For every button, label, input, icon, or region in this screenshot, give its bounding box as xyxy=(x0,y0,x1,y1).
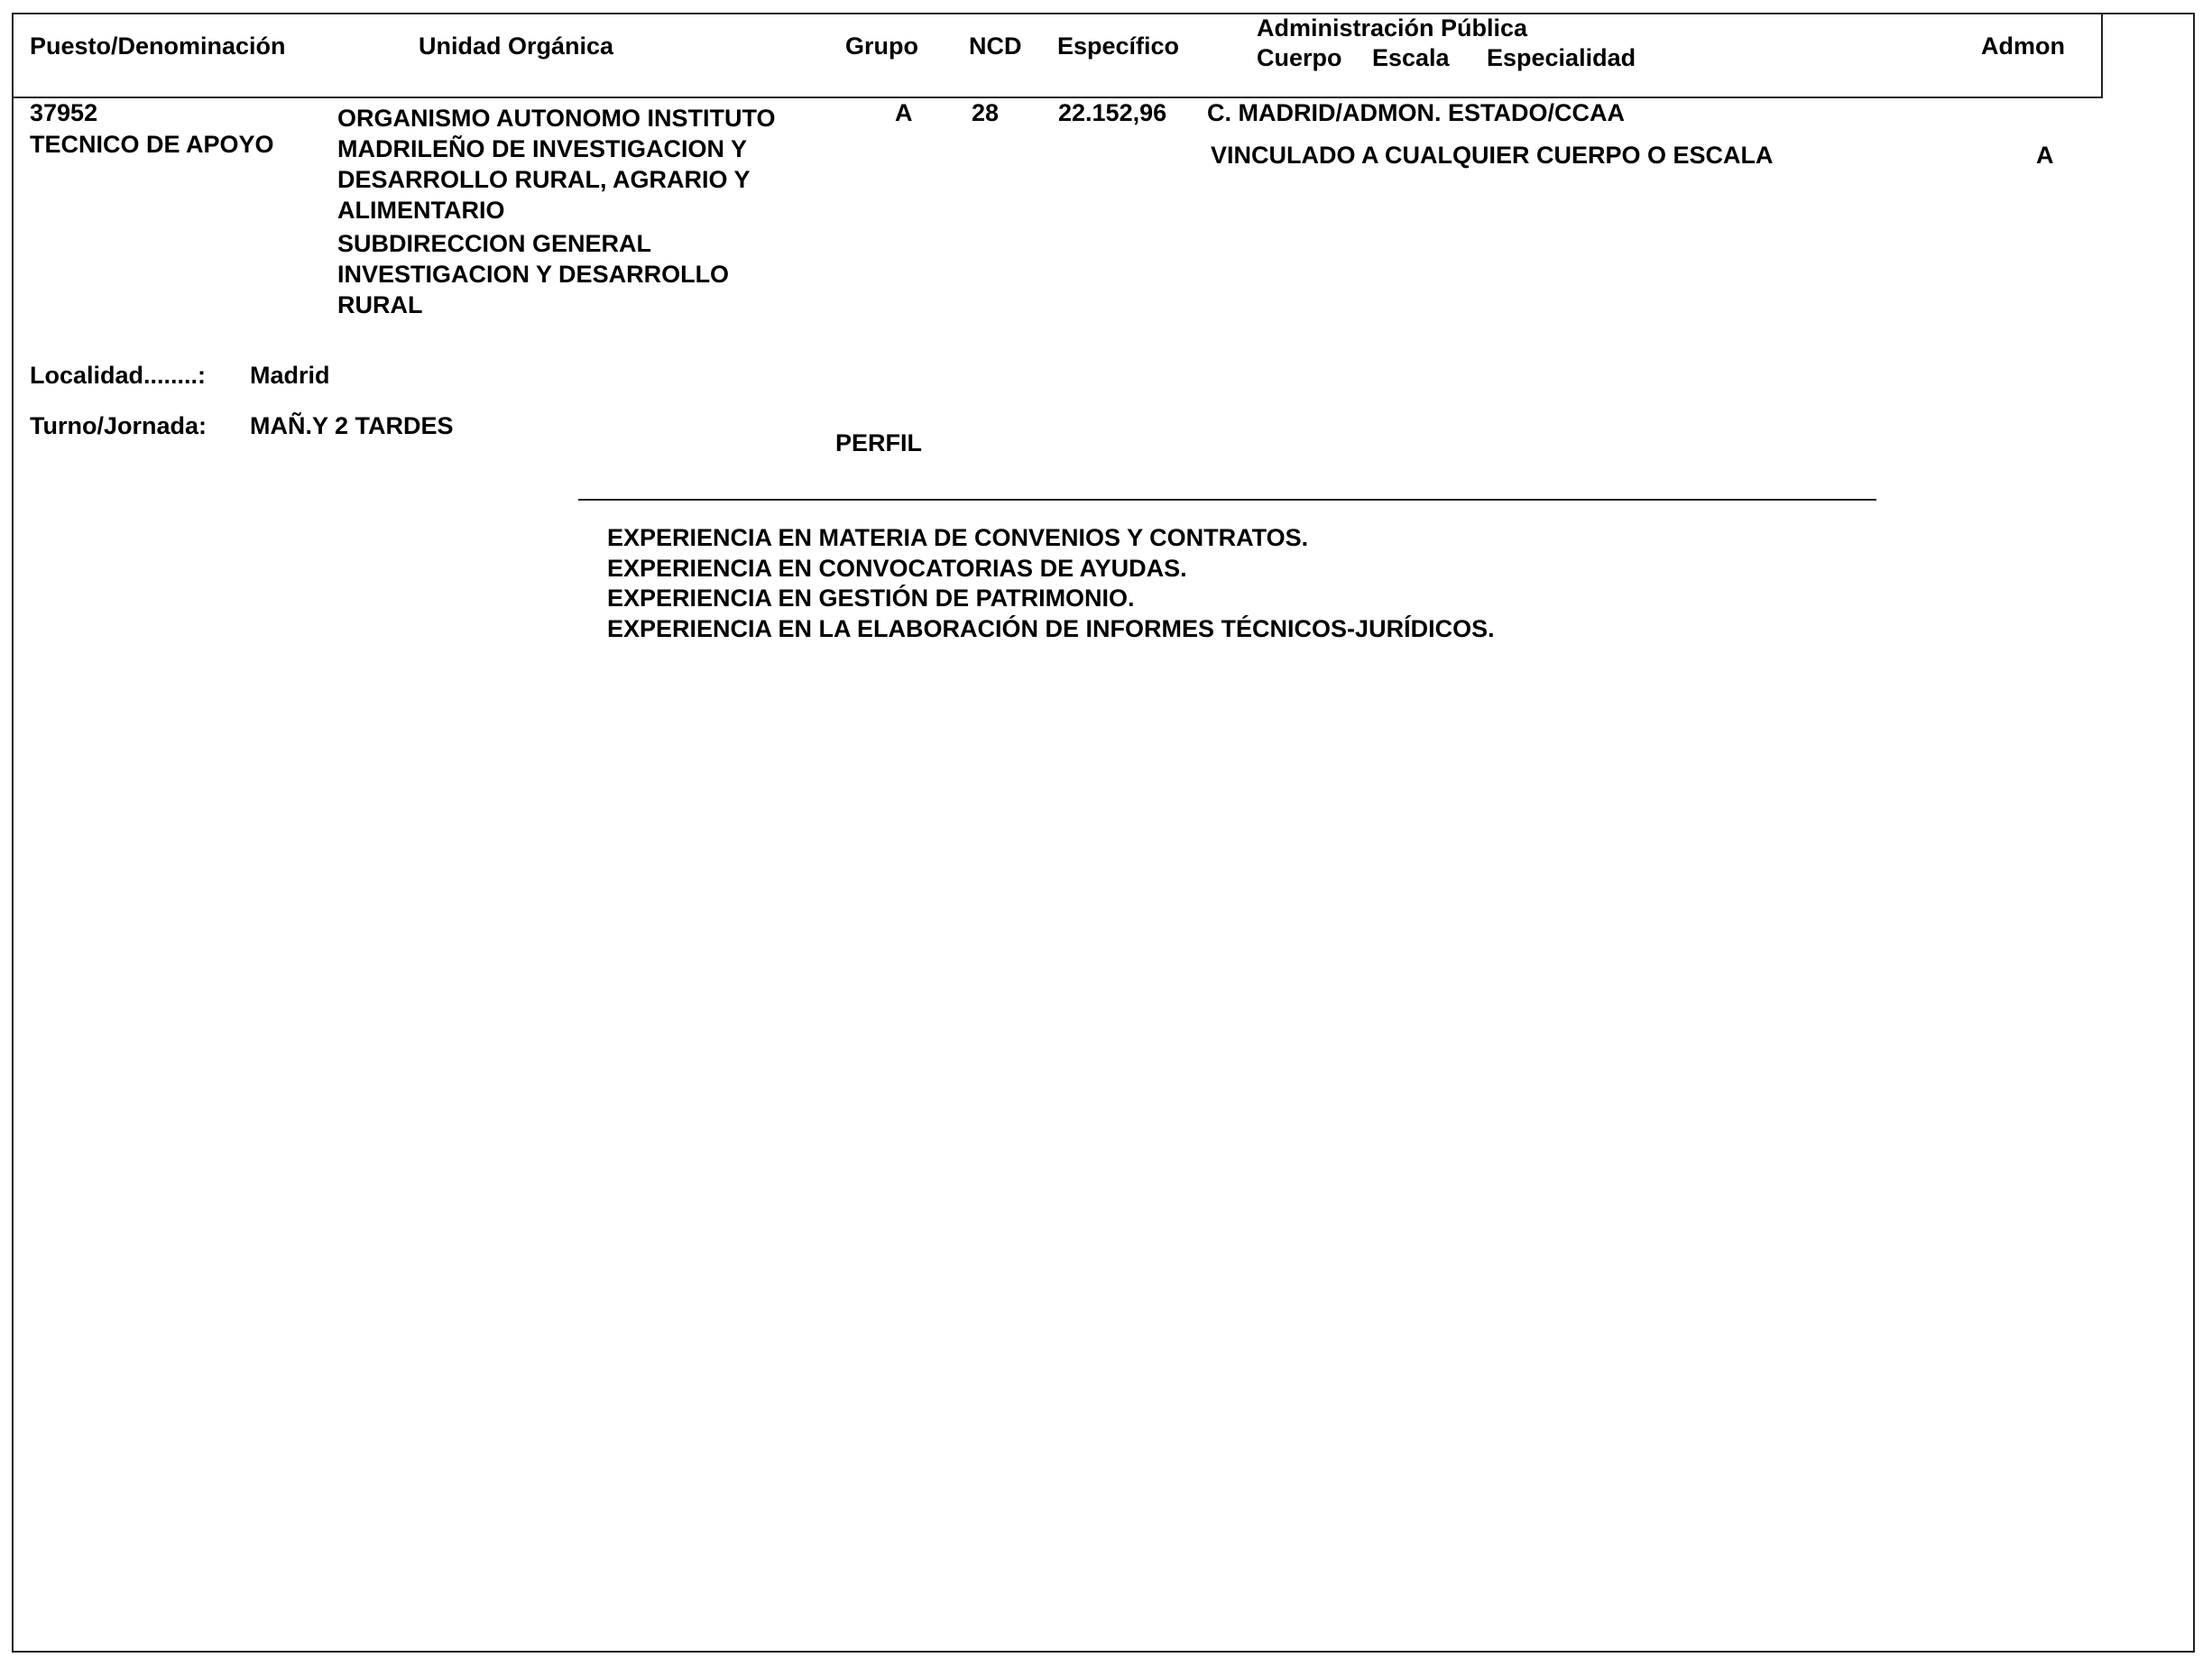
especifico-value: 22.152,96 xyxy=(1058,99,1166,126)
perfil-list: EXPERIENCIA EN MATERIA DE CONVENIOS Y CO… xyxy=(607,523,1495,644)
header-administracion-publica: Administración Pública xyxy=(1257,14,1527,41)
header-cuerpo: Cuerpo xyxy=(1257,44,1342,71)
subdireccion: SUBDIRECCION GENERAL INVESTIGACION Y DES… xyxy=(337,228,729,320)
localidad-value: Madrid xyxy=(250,362,330,389)
turno-label: Turno/Jornada: xyxy=(30,412,207,439)
subdireccion-line: RURAL xyxy=(337,290,729,320)
subdireccion-line: SUBDIRECCION GENERAL xyxy=(337,228,729,259)
puesto-codigo: 37952 xyxy=(30,99,97,126)
cuerpo-escala-value: VINCULADO A CUALQUIER CUERPO O ESCALA xyxy=(1211,142,1774,169)
localidad-label: Localidad........: xyxy=(30,362,206,389)
header-escala: Escala xyxy=(1372,44,1450,71)
header-puesto: Puesto/Denominación xyxy=(30,32,286,60)
header-ncd: NCD xyxy=(969,32,1022,60)
admon-value: A xyxy=(2036,142,2054,169)
perfil-item: EXPERIENCIA EN GESTIÓN DE PATRIMONIO. xyxy=(607,584,1495,614)
ncd-value: 28 xyxy=(972,99,999,126)
header-grupo: Grupo xyxy=(845,32,918,60)
administracion-value: C. MADRID/ADMON. ESTADO/CCAA xyxy=(1207,99,1625,126)
perfil-title: PERFIL xyxy=(835,429,922,456)
puesto-denominacion: TECNICO DE APOYO xyxy=(30,131,274,158)
header-especialidad: Especialidad xyxy=(1487,44,1636,71)
unidad-organica-line: DESARROLLO RURAL, AGRARIO Y xyxy=(337,164,776,195)
subdireccion-line: INVESTIGACION Y DESARROLLO xyxy=(337,259,729,290)
perfil-item: EXPERIENCIA EN MATERIA DE CONVENIOS Y CO… xyxy=(607,523,1495,554)
turno-value: MAÑ.Y 2 TARDES xyxy=(250,412,454,439)
perfil-divider xyxy=(578,499,1876,501)
header-unidad-organica: Unidad Orgánica xyxy=(419,32,613,60)
perfil-item: EXPERIENCIA EN CONVOCATORIAS DE AYUDAS. xyxy=(607,554,1495,585)
unidad-organica-line: ORGANISMO AUTONOMO INSTITUTO xyxy=(337,103,776,134)
unidad-organica: ORGANISMO AUTONOMO INSTITUTO MADRILEÑO D… xyxy=(337,103,776,226)
perfil-item: EXPERIENCIA EN LA ELABORACIÓN DE INFORME… xyxy=(607,614,1495,645)
unidad-organica-line: ALIMENTARIO xyxy=(337,195,776,226)
header-especifico: Específico xyxy=(1057,32,1179,60)
header-admon: Admon xyxy=(1981,32,2065,60)
unidad-organica-line: MADRILEÑO DE INVESTIGACION Y xyxy=(337,134,776,164)
grupo-value: A xyxy=(895,99,913,126)
